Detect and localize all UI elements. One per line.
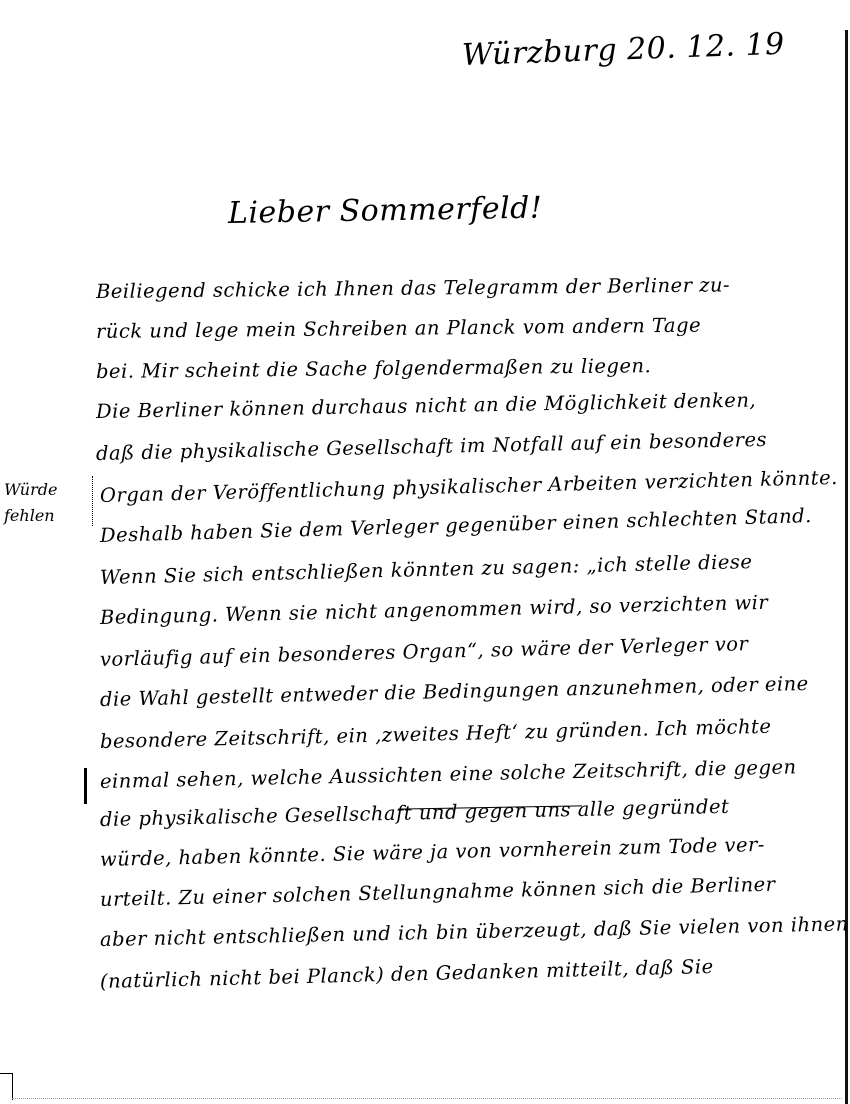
body-line: die physikalische Gesellschaft und gegen… [100,795,730,831]
body-line: Deshalb haben Sie dem Verleger gegenüber… [100,504,812,547]
scan-corner [0,1073,13,1100]
salutation: Lieber Sommerfeld! [228,191,543,231]
body-line: würde, haben könnte. Sie wäre ja von vor… [100,833,765,871]
letter-page: Würzburg 20. 12. 19 Lieber Sommerfeld! W… [0,0,850,1104]
scan-noise [12,1098,842,1099]
scan-edge [845,0,848,1104]
body-line: die Wahl gestellt entweder die Bedingung… [100,672,809,711]
margin-note-line-1: Würde [4,480,57,499]
body-line: daß die physikalische Gesellschaft im No… [96,428,768,465]
body-line: Die Berliner können durchaus nicht an di… [96,388,757,423]
body-line: vorläufig auf ein besonderes Organ“, so … [100,632,749,671]
body-line: Wenn Sie sich entschließen könnten zu sa… [100,550,753,589]
body-line: rück und lege mein Schreiben an Planck v… [96,314,701,343]
body-line: urteilt. Zu einer solchen Stellungnahme … [100,873,776,911]
body-line: Beiliegend schicke ich Ihnen das Telegra… [96,273,730,303]
body-line: (natürlich nicht bei Planck) den Gedanke… [100,955,714,993]
body-line: bei. Mir scheint die Sache folgendermaße… [96,354,651,383]
body-line: aber nicht entschließen und ich bin über… [100,912,849,951]
body-line: Bedingung. Wenn sie nicht angenommen wir… [100,591,769,629]
body-line: Organ der Veröffentlichung physikalische… [100,466,838,507]
body-line: einmal sehen, welche Aussichten eine sol… [100,755,797,793]
place-date: Würzburg 20. 12. 19 [461,27,785,73]
margin-note-line-2: fehlen [4,506,55,525]
margin-bracket [92,476,93,526]
body-line: besondere Zeitschrift, ein ‚zweites Heft… [100,715,772,753]
margin-mark [84,768,87,804]
